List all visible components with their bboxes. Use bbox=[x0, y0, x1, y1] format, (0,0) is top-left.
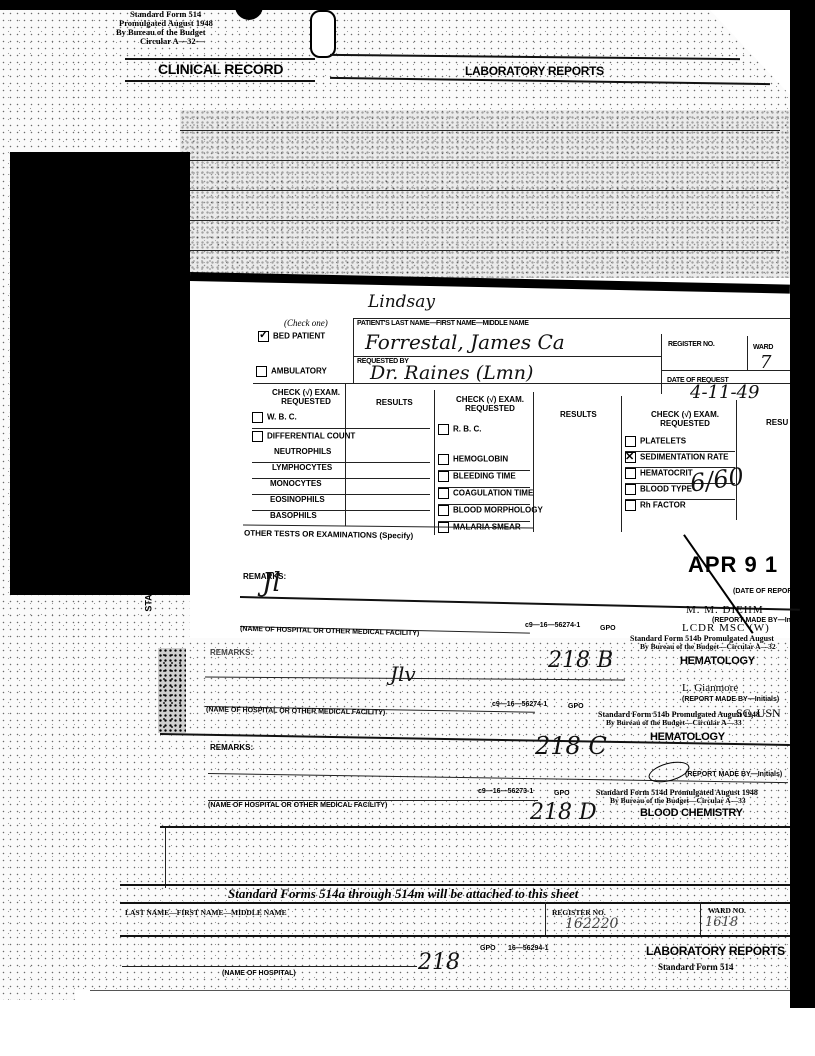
differential-checkbox[interactable] bbox=[252, 431, 263, 442]
register-no-label: REGISTER NO. bbox=[668, 341, 715, 348]
hospital-label: (NAME OF HOSPITAL) bbox=[222, 970, 296, 977]
divider bbox=[434, 390, 435, 535]
side-edge-text: STA bbox=[144, 594, 154, 611]
ruled-line bbox=[180, 160, 780, 161]
divider bbox=[661, 334, 662, 394]
form-title-blood-chemistry: BLOOD CHEMISTRY bbox=[640, 807, 743, 819]
rule bbox=[353, 356, 661, 357]
wbc-label: W. B. C. bbox=[267, 413, 297, 422]
col1-header: CHECK (√) EXAM. REQUESTED bbox=[266, 388, 346, 406]
gpo-label: GPO bbox=[554, 790, 570, 797]
handwritten-tag: 218 C bbox=[535, 732, 607, 760]
exam-differential[interactable]: DIFFERENTIAL COUNT bbox=[252, 429, 430, 447]
rule bbox=[253, 383, 790, 384]
blood-morphology-label: BLOOD MORPHOLOGY bbox=[453, 506, 543, 515]
exam-monocytes: MONOCYTES bbox=[252, 479, 430, 495]
col1-list: W. B. C. DIFFERENTIAL COUNT NEUTROPHILS … bbox=[252, 412, 430, 525]
exam-malaria-smear[interactable]: MALARIA SMEAR bbox=[438, 522, 530, 536]
ruled-line bbox=[180, 250, 780, 251]
ruled-line bbox=[180, 190, 780, 191]
footer-rule bbox=[120, 902, 790, 904]
col2-list: R. B. C. HEMOGLOBIN BLEEDING TIME COAGUL… bbox=[438, 424, 530, 536]
remarks-label: REMARKS: bbox=[210, 743, 253, 752]
remarks-initials: Jlv bbox=[390, 662, 416, 686]
faded-scan-band bbox=[180, 110, 790, 280]
col4-header-partial: RESU bbox=[766, 418, 788, 427]
hemoglobin-label: HEMOGLOBIN bbox=[453, 455, 508, 464]
scan-border-right bbox=[790, 0, 815, 1010]
bed-patient-checkbox[interactable] bbox=[258, 331, 269, 342]
print-code: c9—16—56274-1 bbox=[492, 701, 547, 708]
ambulatory-label: AMBULATORY bbox=[271, 367, 327, 376]
bleeding-time-checkbox[interactable] bbox=[438, 471, 449, 482]
hemoglobin-checkbox[interactable] bbox=[438, 454, 449, 465]
rh-factor-checkbox[interactable] bbox=[625, 500, 636, 511]
bleeding-time-label: BLEEDING TIME bbox=[453, 472, 516, 481]
col2-header: CHECK (√) EXAM. REQUESTED bbox=[450, 395, 530, 413]
check-one-label: (Check one) bbox=[284, 318, 328, 328]
report-made-by-name: L. Gianmore bbox=[682, 682, 738, 694]
form-title-laboratory-reports: LABORATORY REPORTS bbox=[646, 944, 785, 958]
hematocrit-checkbox[interactable] bbox=[625, 468, 636, 479]
exam-rbc[interactable]: R. B. C. bbox=[438, 424, 530, 454]
rbc-checkbox[interactable] bbox=[438, 424, 449, 435]
coagulation-time-checkbox[interactable] bbox=[438, 488, 449, 499]
divider bbox=[747, 336, 748, 370]
wbc-checkbox[interactable] bbox=[252, 412, 263, 423]
remarks-initials: Jl bbox=[262, 568, 281, 598]
report-made-by-label: (REPORT MADE BY—Initials bbox=[712, 617, 807, 624]
gpo-label: GPO bbox=[480, 945, 496, 952]
ward-no-label: WARD NO. bbox=[708, 906, 746, 915]
register-no-value[interactable]: 162220 bbox=[565, 916, 618, 932]
footer-rule bbox=[120, 935, 790, 937]
bed-patient-option[interactable]: BED PATIENT bbox=[258, 331, 325, 342]
print-code: 16—56294-1 bbox=[508, 945, 548, 952]
redaction-block bbox=[10, 152, 190, 595]
hospital-label: (NAME OF HOSPITAL OR OTHER MEDICAL FACIL… bbox=[208, 802, 387, 809]
laboratory-reports-title: LABORATORY REPORTS bbox=[465, 64, 604, 78]
platelets-label: PLATELETS bbox=[640, 437, 686, 446]
exam-neutrophils: NEUTROPHILS bbox=[252, 447, 430, 463]
rule bbox=[353, 318, 790, 319]
name-label: LAST NAME—FIRST NAME—MIDDLE NAME bbox=[125, 908, 287, 917]
slip-bottom bbox=[160, 826, 790, 828]
divider bbox=[736, 400, 737, 520]
form-subtitle: Standard Form 514 bbox=[658, 962, 734, 972]
header-rule-top bbox=[125, 58, 315, 60]
exam-eosinophils: EOSINOPHILS bbox=[252, 495, 430, 511]
ward-label: WARD bbox=[753, 344, 773, 351]
form-line-2: By Bureau of the Budget—Circular A—33 bbox=[606, 718, 742, 727]
ambulatory-checkbox[interactable] bbox=[256, 366, 267, 377]
blood-type-label: BLOOD TYPE bbox=[640, 485, 692, 494]
exam-platelets[interactable]: PLATELETS bbox=[625, 436, 735, 452]
coagulation-time-label: COAGULATION TIME bbox=[453, 489, 533, 498]
exam-hemoglobin[interactable]: HEMOGLOBIN bbox=[438, 454, 530, 471]
handwritten-tag: 218 B bbox=[548, 648, 613, 673]
exam-basophils: BASOPHILS bbox=[252, 511, 430, 525]
differential-label: DIFFERENTIAL COUNT bbox=[267, 432, 355, 441]
form-line-2: By Bureau of the Budget—Circular A—32 bbox=[640, 642, 776, 651]
attach-note: Standard Forms 514a through 514m will be… bbox=[228, 886, 578, 902]
date-of-request-value[interactable]: 4-11-49 bbox=[690, 382, 759, 403]
scan-border-bottom bbox=[0, 1008, 815, 1056]
rbc-label: R. B. C. bbox=[453, 425, 481, 434]
gpo-label: GPO bbox=[600, 625, 616, 632]
clinical-record-title: CLINICAL RECORD bbox=[158, 61, 283, 77]
remarks-label: REMARKS: bbox=[210, 648, 253, 657]
col1-results-header: RESULTS bbox=[376, 398, 413, 407]
exam-wbc[interactable]: W. B. C. bbox=[252, 412, 430, 429]
scan-border-top bbox=[0, 0, 815, 10]
handwritten-tag-2: 218 D bbox=[530, 800, 597, 825]
divider bbox=[621, 396, 622, 532]
print-code: c9—16—56273-1 bbox=[478, 788, 533, 795]
report-made-by-name: M. M. DIEHM bbox=[686, 604, 764, 616]
sheet-edge bbox=[165, 828, 166, 888]
patient-name-label: PATIENT'S LAST NAME—FIRST NAME—MIDDLE NA… bbox=[357, 320, 529, 327]
bed-patient-label: BED PATIENT bbox=[273, 332, 325, 341]
divider bbox=[700, 902, 701, 935]
ambulatory-option[interactable]: AMBULATORY bbox=[256, 366, 327, 377]
platelets-checkbox[interactable] bbox=[625, 436, 636, 447]
date-stamp: APR 9 1 bbox=[688, 552, 778, 578]
ruled-line bbox=[180, 130, 780, 131]
col2-results-header: RESULTS bbox=[560, 410, 597, 419]
exam-blood-morphology[interactable]: BLOOD MORPHOLOGY bbox=[438, 505, 530, 522]
sheet-bottom-edge bbox=[90, 990, 790, 991]
clip-icon bbox=[310, 10, 336, 58]
rh-factor-label: Rh FACTOR bbox=[640, 501, 686, 510]
exam-lymphocytes: LYMPHOCYTES bbox=[252, 463, 430, 479]
gpo-label: GPO bbox=[568, 703, 584, 710]
rule bbox=[208, 800, 538, 801]
blood-type-checkbox[interactable] bbox=[625, 484, 636, 495]
divider bbox=[353, 318, 354, 383]
date-of-report-label: (DATE OF REPORT bbox=[733, 588, 797, 595]
divider bbox=[545, 902, 546, 935]
slip-shadow bbox=[158, 648, 186, 733]
form-id-line: Circular A—32— bbox=[116, 37, 213, 46]
print-code: c9—16—56274-1 bbox=[525, 622, 580, 629]
hematocrit-label: HEMATOCRIT bbox=[640, 469, 693, 478]
sedimentation-rate-checkbox[interactable] bbox=[625, 452, 636, 463]
blood-morphology-checkbox[interactable] bbox=[438, 505, 449, 516]
report-made-by-label: (REPORT MADE BY—Initials) bbox=[682, 696, 779, 703]
report-made-by-label: (REPORT MADE BY—Initials) bbox=[685, 771, 782, 778]
col3-header: CHECK (√) EXAM. REQUESTED bbox=[640, 410, 730, 428]
form-id-block: Standard Form 514 Promulgated August 194… bbox=[116, 10, 213, 46]
ward-no-value[interactable]: 1618 bbox=[705, 915, 738, 930]
exam-bleeding-time[interactable]: BLEEDING TIME bbox=[438, 471, 530, 488]
requested-by-value[interactable]: Dr. Raines (Lmn) bbox=[370, 362, 533, 384]
rule bbox=[661, 370, 790, 371]
sedimentation-rate-label: SEDIMENTATION RATE bbox=[640, 453, 728, 462]
header-rule-bottom bbox=[125, 80, 315, 82]
form-title-hematology: HEMATOLOGY bbox=[680, 655, 755, 667]
handwritten-name-top: Lindsay bbox=[368, 292, 435, 312]
exam-coagulation-time[interactable]: COAGULATION TIME bbox=[438, 488, 530, 505]
exam-rh-factor[interactable]: Rh FACTOR bbox=[625, 500, 735, 514]
handwritten-number: 218 bbox=[418, 950, 460, 975]
patient-name-value[interactable]: Forrestal, James Ca bbox=[365, 330, 565, 354]
ruled-line bbox=[180, 220, 780, 221]
hospital-rule bbox=[122, 966, 417, 967]
form-line-2: By Bureau of the Budget—Circular A—33 bbox=[610, 796, 746, 805]
